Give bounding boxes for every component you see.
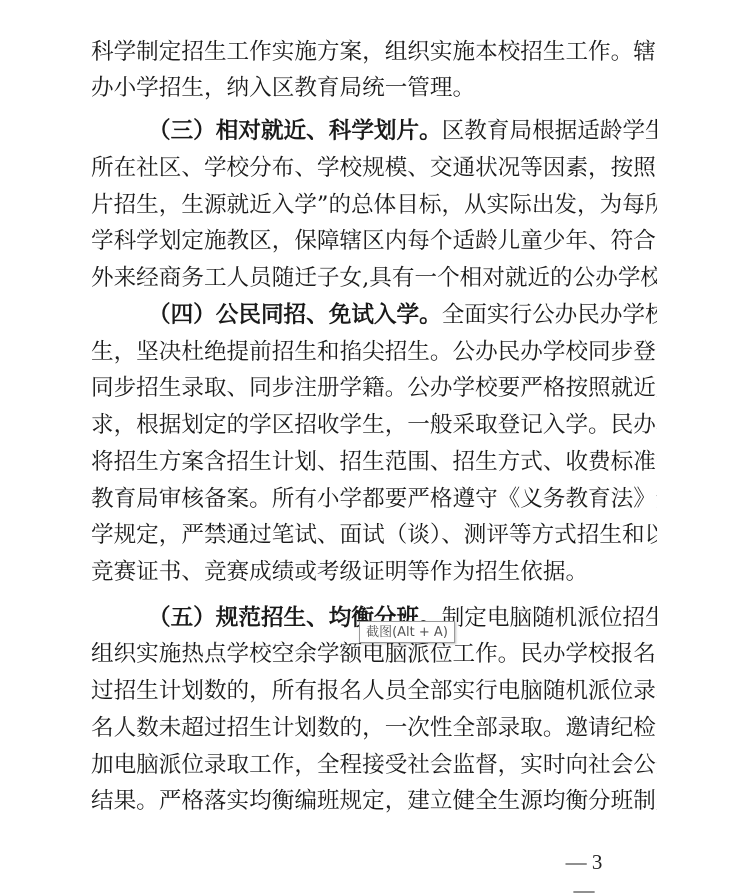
line-text: 所在社区、学校分布、学校规模、交通状况等因素，按照“学校划 bbox=[91, 155, 657, 181]
text-line: 加电脑派位录取工作，全程接受社会监督，实时向社会公开派位 bbox=[91, 750, 657, 780]
line-text: 教育局审核备案。所有小学都要严格遵守《义务教育法》免试入 bbox=[91, 486, 657, 512]
line-text: 结果。严格落实均衡编班规定，建立健全生源均衡分班制度，新 bbox=[91, 788, 657, 814]
line-text: 将招生方案含招生计划、招生范围、招生方式、收费标准等报区 bbox=[91, 449, 657, 475]
text-line: 教育局审核备案。所有小学都要严格遵守《义务教育法》免试入 bbox=[91, 484, 657, 514]
line-text: 竞赛证书、竞赛成绩或考级证明等作为招生依据。 bbox=[91, 559, 588, 585]
page-number: — 3 — bbox=[553, 848, 615, 876]
line-text: 学规定，严禁通过笔试、面试（谈）、测评等方式招生和以各类 bbox=[91, 522, 657, 548]
text-line: 学科学划定施教区，保障辖区内每个适龄儿童少年、符合条件的 bbox=[91, 226, 657, 256]
text-line: 求，根据划定的学区招收学生，一般采取登记入学。民办小学需 bbox=[91, 410, 657, 440]
section-heading-line: （三）相对就近、科学划片。区教育局根据适龄学生人数、 bbox=[148, 116, 657, 146]
text-line: 科学制定招生工作实施方案，组织实施本校招生工作。辖区内民 bbox=[91, 37, 657, 67]
line-text: 区教育局根据适龄学生人数、 bbox=[442, 118, 657, 144]
document-page: 科学制定招生工作实施方案，组织实施本校招生工作。辖区内民 办小学招生，纳入区教育… bbox=[0, 0, 734, 893]
text-line: 外来经商务工人员随迁子女,具有一个相对就近的公办学校学位。 bbox=[91, 263, 657, 293]
screenshot-shortcut-tooltip: 截图(Alt + A) bbox=[359, 621, 455, 643]
text-line: 过招生计划数的，所有报名人员全部实行电脑随机派位录取；报 bbox=[91, 676, 657, 706]
line-text: 同步招生录取、同步注册学籍。公办学校要严格按照就近入学要 bbox=[91, 375, 657, 401]
text-line: 学规定，严禁通过笔试、面试（谈）、测评等方式招生和以各类 bbox=[91, 520, 657, 550]
line-text: 组织实施热点学校空余学额电脑派位工作。民办学校报名人数超 bbox=[91, 641, 657, 667]
text-line: 生，坚决杜绝提前招生和掐尖招生。公办民办学校同步登记报名、 bbox=[91, 337, 657, 367]
line-text: 生，坚决杜绝提前招生和掐尖招生。公办民办学校同步登记报名、 bbox=[91, 339, 657, 365]
line-text: 片招生，生源就近入学”的总体目标，从实际出发，为每所公办小 bbox=[91, 192, 657, 218]
text-line: 结果。严格落实均衡编班规定，建立健全生源均衡分班制度，新 bbox=[91, 786, 657, 816]
text-line: 片招生，生源就近入学”的总体目标，从实际出发，为每所公办小 bbox=[91, 190, 657, 220]
section-heading-line: （四）公民同招、免试入学。全面实行公办民办学校同步招 bbox=[148, 300, 657, 330]
line-text: 办小学招生，纳入区教育局统一管理。 bbox=[91, 75, 475, 101]
section-heading: （三）相对就近、科学划片。 bbox=[148, 118, 442, 144]
line-text: 科学制定招生工作实施方案，组织实施本校招生工作。辖区内民 bbox=[91, 39, 657, 65]
text-line: 办小学招生，纳入区教育局统一管理。 bbox=[91, 73, 657, 103]
line-text: 全面实行公办民办学校同步招 bbox=[442, 302, 657, 328]
text-line: 所在社区、学校分布、学校规模、交通状况等因素，按照“学校划 bbox=[91, 153, 657, 183]
text-line: 竞赛证书、竞赛成绩或考级证明等作为招生依据。 bbox=[91, 557, 657, 587]
line-text: 学科学划定施教区，保障辖区内每个适龄儿童少年、符合条件的 bbox=[91, 228, 657, 254]
text-line: 将招生方案含招生计划、招生范围、招生方式、收费标准等报区 bbox=[91, 447, 657, 477]
text-line: 同步招生录取、同步注册学籍。公办学校要严格按照就近入学要 bbox=[91, 373, 657, 403]
text-line: 名人数未超过招生计划数的，一次性全部录取。邀请纪检部门参 bbox=[91, 713, 657, 743]
section-heading: （四）公民同招、免试入学。 bbox=[148, 302, 442, 328]
line-text: 加电脑派位录取工作，全程接受社会监督，实时向社会公开派位 bbox=[91, 752, 657, 778]
line-text: 外来经商务工人员随迁子女,具有一个相对就近的公办学校学位。 bbox=[91, 265, 657, 291]
line-text: 名人数未超过招生计划数的，一次性全部录取。邀请纪检部门参 bbox=[91, 715, 657, 741]
line-text: 求，根据划定的学区招收学生，一般采取登记入学。民办小学需 bbox=[91, 412, 657, 438]
line-text: 过招生计划数的，所有报名人员全部实行电脑随机派位录取；报 bbox=[91, 678, 657, 704]
line-text: 制定电脑随机派位招生办法， bbox=[442, 605, 657, 631]
